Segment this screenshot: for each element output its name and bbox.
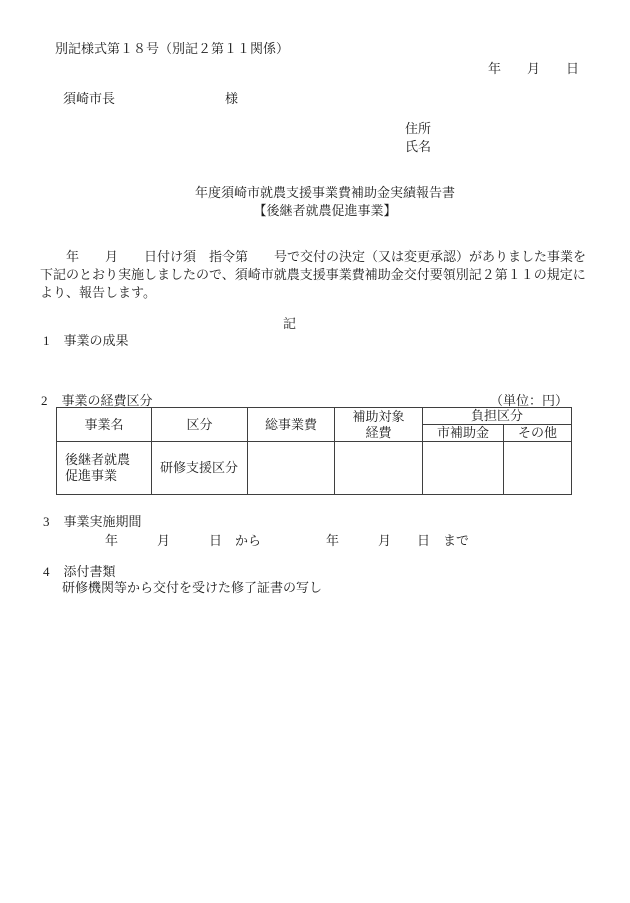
section-3-number: 3 [43, 514, 50, 529]
title-line-2: 【後継者就農促進事業】 [20, 202, 630, 220]
section-1-heading: 1事業の成果 [43, 330, 129, 349]
section-2-number: 2 [41, 393, 48, 408]
expense-table: 事業名 区分 総事業費 補助対象 経費 負担区分 市補助金 その他 後継者就農 … [56, 407, 572, 495]
sender-address-label: 住所 [405, 120, 431, 138]
table-header-row-top: 事業名 区分 総事業費 補助対象 経費 負担区分 [57, 408, 572, 425]
date-line: 年 月 日 [488, 58, 579, 77]
section-1-title: 事業の成果 [64, 333, 129, 348]
col-header-city-subsidy: 市補助金 [423, 425, 504, 442]
title-line-1: 年度須崎市就農支援事業費補助金実績報告書 [20, 184, 630, 202]
ki-label: 記 [283, 313, 296, 332]
form-number-note: 別記様式第１８号（別記２第１１関係） [55, 38, 289, 57]
section-3-heading: 3事業実施期間 [43, 511, 142, 530]
document-title: 年度須崎市就農支援事業費補助金実績報告書 【後継者就農促進事業】 [20, 184, 630, 220]
cell-other [504, 442, 572, 495]
col-header-project-name: 事業名 [57, 408, 152, 442]
section-4-number: 4 [43, 564, 50, 579]
cell-total-cost [248, 442, 335, 495]
body-paragraph: 年 月 日付け須 指令第 号で交付の決定（又は変更承認）がありました事業を 下記… [40, 248, 600, 302]
section-3-title: 事業実施期間 [64, 514, 142, 529]
col-header-category: 区分 [152, 408, 248, 442]
sender-name-label: 氏名 [405, 138, 431, 156]
col-header-other: その他 [504, 425, 572, 442]
col-header-subsidy-target: 補助対象 経費 [335, 408, 423, 442]
cell-project-name: 後継者就農 促進事業 [57, 442, 152, 495]
cell-category: 研修支援区分 [152, 442, 248, 495]
sender-block: 住所 氏名 [405, 120, 431, 156]
document-page: 別記様式第１８号（別記２第１１関係） 年 月 日 須崎市長様 住所 氏名 年度須… [0, 0, 630, 903]
col-header-total-cost: 総事業費 [248, 408, 335, 442]
addressee-line: 須崎市長様 [63, 88, 238, 107]
table-row: 後継者就農 促進事業 研修支援区分 [57, 442, 572, 495]
addressee-honorific: 様 [225, 91, 238, 106]
section-1-number: 1 [43, 333, 50, 348]
cell-subsidy-target [335, 442, 423, 495]
implementation-period-line: 年 月 日 から 年 月 日 まで [40, 530, 469, 549]
addressee-name: 須崎市長 [63, 91, 115, 106]
cell-city-subsidy [423, 442, 504, 495]
attachment-item: 研修機関等から交付を受けた修了証書の写し [62, 577, 322, 596]
section-2-title: 事業の経費区分 [62, 393, 153, 408]
col-header-burden-group: 負担区分 [423, 408, 572, 425]
